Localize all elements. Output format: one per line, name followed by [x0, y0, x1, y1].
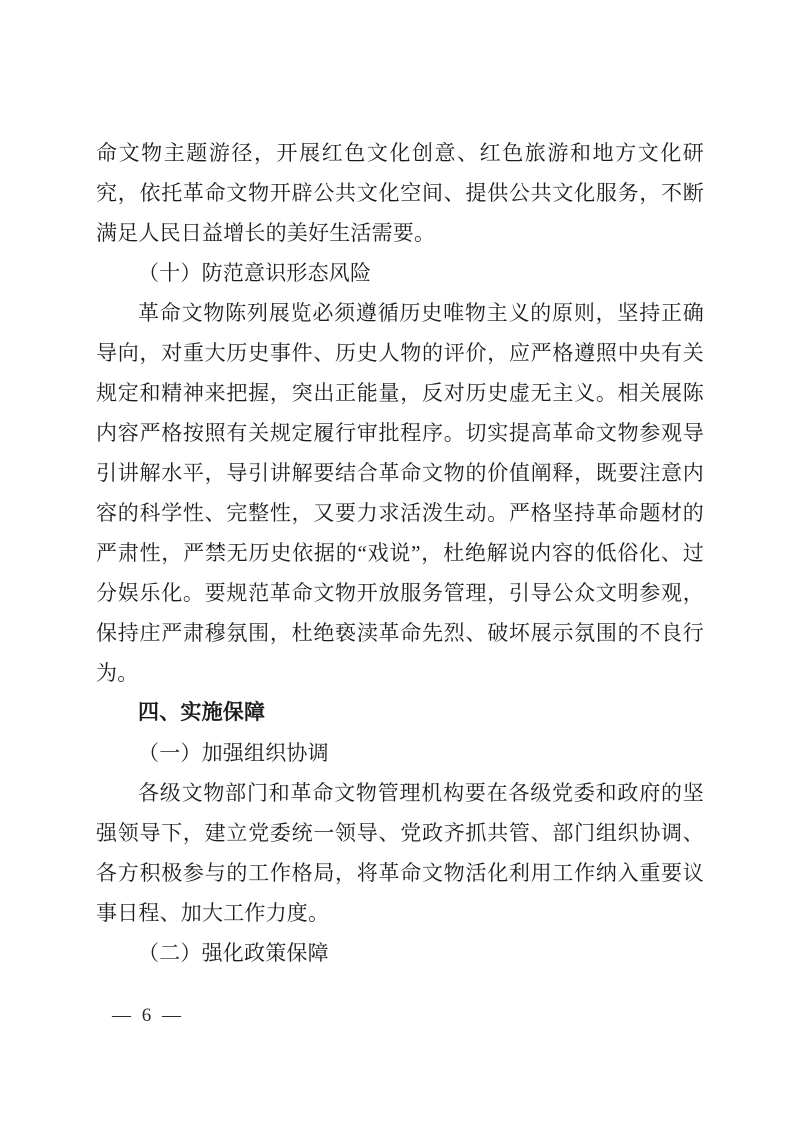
- heading-subsection-2: （二）强化政策保障: [96, 933, 704, 973]
- paragraph-body: 各级文物部门和革命文物管理机构要在各级党委和政府的坚强领导下，建立党委统一领导、…: [96, 773, 704, 933]
- paragraph-body: 革命文物陈列展览必须遵循历史唯物主义的原则，坚持正确导向，对重大历史事件、历史人…: [96, 293, 704, 693]
- heading-subsection-1: （一）加强组织协调: [96, 733, 704, 773]
- heading-section-4: 四、实施保障: [96, 693, 704, 733]
- heading-subsection-10: （十）防范意识形态风险: [96, 253, 704, 293]
- page-number: — 6 —: [112, 1002, 184, 1030]
- paragraph-body-continued: 命文物主题游径，开展红色文化创意、红色旅游和地方文化研究，依托革命文物开辟公共文…: [96, 133, 704, 253]
- document-page: 命文物主题游径，开展红色文化创意、红色旅游和地方文化研究，依托革命文物开辟公共文…: [0, 0, 794, 1123]
- document-content: 命文物主题游径，开展红色文化创意、红色旅游和地方文化研究，依托革命文物开辟公共文…: [96, 133, 704, 973]
